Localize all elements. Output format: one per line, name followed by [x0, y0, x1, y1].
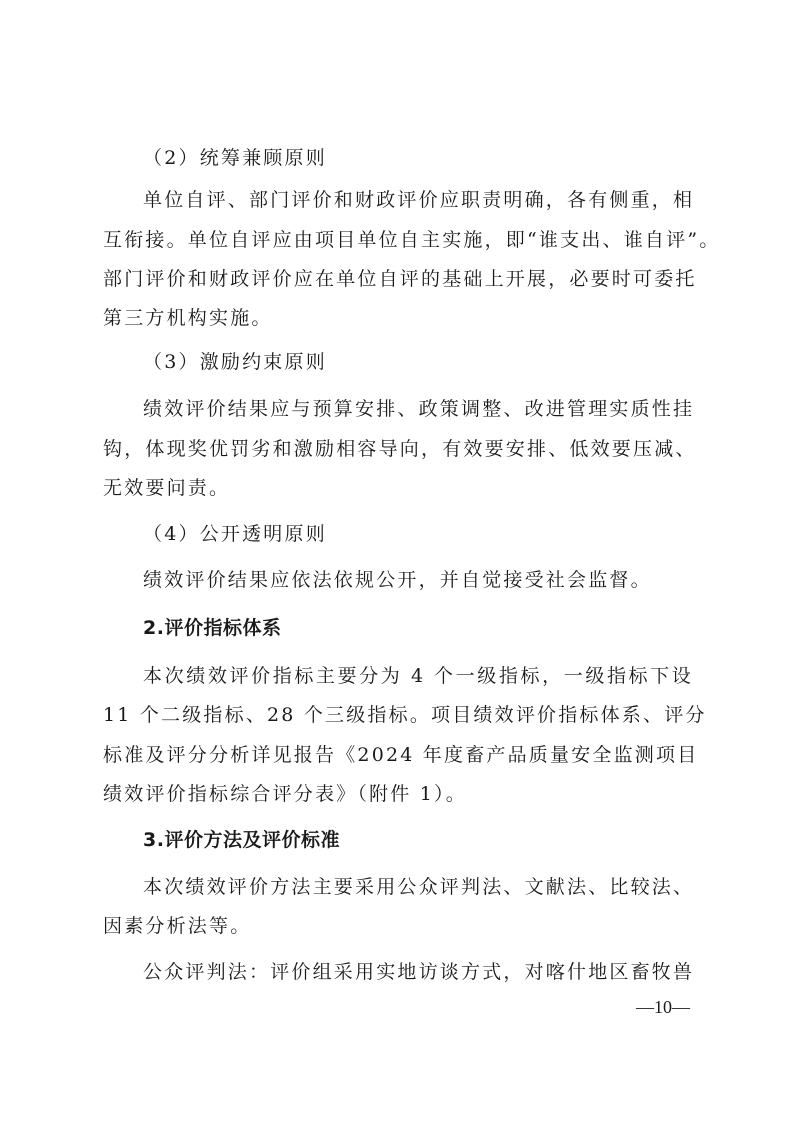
- subheading-transparency-principle: （4）公开透明原则: [143, 522, 693, 546]
- paragraph-line: 单位自评、部门评价和财政评价应职责明确，各有侧重，相: [143, 188, 693, 212]
- section-heading-indicator-system: 2.评价指标体系: [143, 616, 693, 640]
- paragraph-line: 绩效评价指标综合评分表》（附件 1）。: [103, 782, 693, 806]
- paragraph-line: 绩效评价结果应与预算安排、政策调整、改进管理实质性挂: [143, 397, 693, 421]
- paragraph-line: 互衔接。单位自评应由项目单位自主实施，即“谁支出、谁自评”。: [103, 228, 693, 252]
- page-number: —10—: [636, 997, 690, 1018]
- paragraph-line: 标准及评分分析详见报告《2024 年度畜产品质量安全监测项目: [103, 743, 693, 767]
- paragraph-line: 部门评价和财政评价应在单位自评的基础上开展，必要时可委托: [103, 267, 693, 291]
- paragraph-line: 第三方机构实施。: [103, 306, 693, 330]
- paragraph-line: 因素分析法等。: [103, 914, 693, 938]
- paragraph-line: 本次绩效评价指标主要分为 4 个一级指标，一级指标下设: [143, 664, 693, 688]
- section-heading-evaluation-methods: 3.评价方法及评价标准: [143, 828, 693, 852]
- paragraph-line: 绩效评价结果应依法依规公开，并自觉接受社会监督。: [143, 568, 693, 592]
- paragraph-line: 本次绩效评价方法主要采用公众评判法、文献法、比较法、: [143, 875, 693, 899]
- subheading-incentive-principle: （3）激励约束原则: [143, 350, 693, 374]
- subheading-coordination-principle: （2）统筹兼顾原则: [143, 146, 693, 170]
- paragraph-line: 公众评判法：评价组采用实地访谈方式，对喀什地区畜牧兽: [143, 960, 693, 984]
- paragraph-line: 无效要问责。: [103, 476, 693, 500]
- paragraph-line: 钩，体现奖优罚劣和激励相容导向，有效要安排、低效要压减、: [103, 437, 693, 461]
- paragraph-line: 11 个二级指标、28 个三级指标。项目绩效评价指标体系、评分: [103, 703, 693, 727]
